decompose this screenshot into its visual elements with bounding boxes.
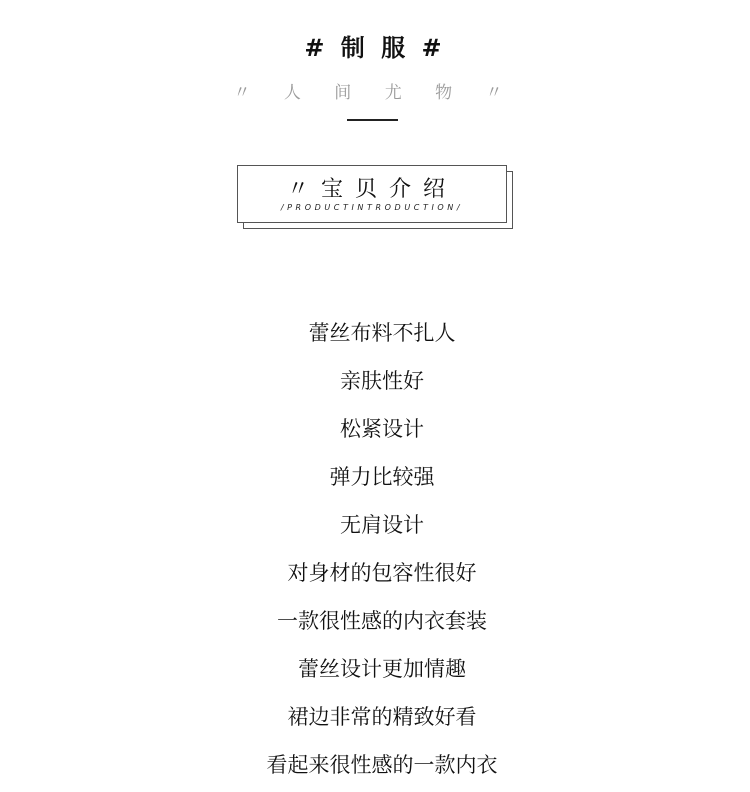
feature-item: 弹力比较强	[0, 462, 750, 510]
divider-rule	[347, 119, 398, 121]
page-subtitle: 〃 人 间 尤 物 〃	[0, 78, 750, 103]
page-title: # 制 服 #	[0, 28, 750, 63]
feature-item: 亲肤性好	[0, 366, 750, 414]
feature-item: 一款很性感的内衣套装	[0, 606, 750, 654]
section-box: 〃宝贝介绍 /PRODUCTINTRODUCTION/	[237, 165, 507, 223]
feature-item: 蕾丝布料不扎人	[0, 318, 750, 366]
feature-item: 裙边非常的精致好看	[0, 702, 750, 750]
feature-item: 蕾丝设计更加情趣	[0, 654, 750, 702]
section-title: 〃宝贝介绍	[238, 172, 506, 203]
feature-list: 蕾丝布料不扎人 亲肤性好 松紧设计 弹力比较强 无肩设计 对身材的包容性很好 一…	[0, 318, 750, 792]
feature-item: 对身材的包容性很好	[0, 558, 750, 606]
feature-item: 松紧设计	[0, 414, 750, 462]
section-subtitle: /PRODUCTINTRODUCTION/	[238, 203, 506, 212]
feature-item: 看起来很性感的一款内衣	[0, 750, 750, 792]
feature-item: 无肩设计	[0, 510, 750, 558]
